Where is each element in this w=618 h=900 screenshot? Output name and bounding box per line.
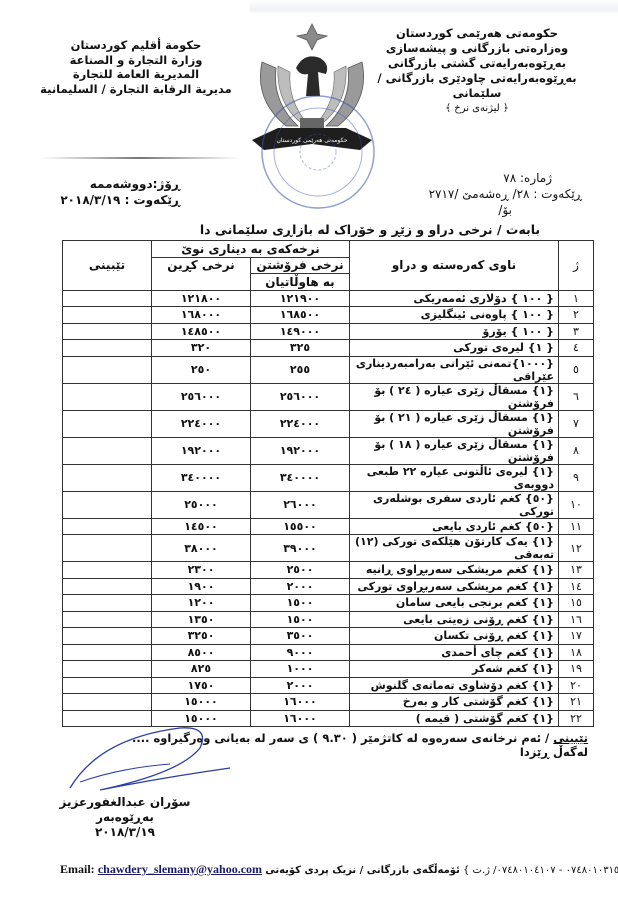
header-sell-sub: بە هاوڵاتیان xyxy=(251,274,350,291)
buy-price: ١٤٨٥٠٠ xyxy=(152,323,251,340)
price-table: ژ ناوی کەرەستە و دراو نرخەکەی بە دیناری … xyxy=(62,240,594,727)
item-name: { ١} لیرەی تورکی xyxy=(350,340,559,357)
row-number: ٤ xyxy=(559,340,594,357)
item-name: {١} کغم برنجی بایعی سامان xyxy=(350,595,559,612)
header-sell-price: نرخی فرۆشتن xyxy=(251,257,350,274)
header-arabic-line-1: حكومة أقليم كوردستان xyxy=(36,38,236,53)
row-number: ٩ xyxy=(559,464,594,491)
header-kurdish-line-1: حکومەتی هەرێمی کوردستان xyxy=(372,26,582,41)
signatory-title: بەڕێوەبەر xyxy=(55,810,195,825)
item-name: {١} کغم مریشکی سەربڕاوی تورکی xyxy=(350,578,559,595)
phone-numbers: { ٠٧٤٨٠١٠٣١٥٣ - ٠٧٤٨٠١٠٤١٠٧/ ژ.ت } xyxy=(463,865,618,876)
header-no: ژ xyxy=(559,241,594,291)
sell-price: ٢٦٠٠٠ xyxy=(251,491,350,518)
table-row: ١٤{١} کغم مریشکی سەربڕاوی تورکی٢٠٠٠١٩٠٠ xyxy=(63,578,594,595)
item-name: {١} لیرەی ئاڵتونی عیارە ٢٢ طبعی دووبەی xyxy=(350,464,559,491)
sell-price: ١٥٠٠ xyxy=(251,595,350,612)
row-note xyxy=(63,694,152,711)
row-note xyxy=(63,611,152,628)
table-row: ١١{٥٠} کغم ئاردی بایعی١٥٥٠٠١٤٥٠٠ xyxy=(63,518,594,535)
row-note xyxy=(63,677,152,694)
signature-date: ٢٠١٨/٣/١٩ xyxy=(55,825,195,840)
row-note xyxy=(63,307,152,324)
table-row: ٢{ ١٠٠ } پاوەنی ئینگلیزی١٦٨٥٠٠١٦٨٠٠٠ xyxy=(63,307,594,324)
row-note xyxy=(63,437,152,464)
table-row: ٩{١} لیرەی ئاڵتونی عیارە ٢٢ طبعی دووبەی٣… xyxy=(63,464,594,491)
header-arabic-line-2: وزارة التجارة و الصناعة xyxy=(36,53,236,68)
signature-block: سۆران عبدالغفورعزیز بەڕێوەبەر ٢٠١٨/٣/١٩ xyxy=(55,795,195,840)
header-kurdish-line-5: ﴿ لیژنەی نرخ ﴾ xyxy=(372,101,582,116)
buy-price: ١٥٠٠٠ xyxy=(152,694,251,711)
row-number: ٧ xyxy=(559,410,594,437)
email-link[interactable]: chawdery_slemany@yahoo.com xyxy=(98,862,262,876)
reference-to: بۆ/ xyxy=(382,202,582,218)
row-number: ١٥ xyxy=(559,595,594,612)
table-row: ١{ ١٠٠ } دۆلاری ئەمەریکی١٢١٩٠٠١٢١٨٠٠ xyxy=(63,290,594,307)
date-block: ڕۆژ:دووشەممە ڕێکەوت : ٢٠١٨/٣/١٩ xyxy=(40,176,180,208)
sell-price: ٢٠٠٠ xyxy=(251,677,350,694)
footer: Email: chawdery_slemany@yahoo.com { ٠٧٤٨… xyxy=(60,862,618,877)
row-number: ٢٢ xyxy=(559,710,594,727)
header-note: تێبینی xyxy=(63,241,152,291)
day-label: ڕۆژ:دووشەممە xyxy=(40,176,180,192)
buy-price: ٨٥٠٠ xyxy=(152,644,251,661)
table-row: ١٥{١} کغم برنجی بایعی سامان١٥٠٠١٢٠٠ xyxy=(63,595,594,612)
buy-price: ٢٥٠ xyxy=(152,356,251,383)
row-number: ٢٠ xyxy=(559,677,594,694)
sell-price: ٩٠٠٠ xyxy=(251,644,350,661)
buy-price: ١٢٠٠ xyxy=(152,595,251,612)
header-kurdish-line-3: بەڕێوەبەرایەتی گشتی بازرگانی xyxy=(372,56,582,71)
sell-price: ١٦٠٠٠ xyxy=(251,710,350,727)
sell-price: ١٥٥٠٠ xyxy=(251,518,350,535)
sell-price: ١٠٠٠ xyxy=(251,661,350,678)
table-row: ١٦{١} کغم ڕۆنی زەیتی بایعی١٥٠٠١٣٥٠ xyxy=(63,611,594,628)
row-number: ١ xyxy=(559,290,594,307)
row-note xyxy=(63,340,152,357)
scan-edge-shadow xyxy=(250,0,618,14)
row-note xyxy=(63,383,152,410)
row-number: ١١ xyxy=(559,518,594,535)
header-arabic-line-4: مديرية الرقابة التجارة / السليمانية xyxy=(36,82,236,97)
reference-number: ژمارە: ٧٨ xyxy=(382,170,582,186)
sell-price: ٢٠٠٠ xyxy=(251,578,350,595)
row-note xyxy=(63,491,152,518)
row-number: ١٠ xyxy=(559,491,594,518)
buy-price: ٣٨٠٠٠ xyxy=(152,535,251,562)
item-name: {١} کغم ڕۆنی تکسان xyxy=(350,628,559,645)
sell-price: ٢٢٤٠٠٠ xyxy=(251,410,350,437)
row-number: ٦ xyxy=(559,383,594,410)
buy-price: ١٢١٨٠٠ xyxy=(152,290,251,307)
row-note xyxy=(63,535,152,562)
table-row: ١٧{١} کغم ڕۆنی تکسان٣٥٠٠٣٢٥٠ xyxy=(63,628,594,645)
row-number: ١٧ xyxy=(559,628,594,645)
header-buy-price: نرخی کڕین xyxy=(152,257,251,290)
sell-price: ٣٩٠٠٠ xyxy=(251,535,350,562)
sell-price: ١٤٩٠٠٠ xyxy=(251,323,350,340)
table-row: ٤{ ١} لیرەی تورکی٣٢٥٣٢٠ xyxy=(63,340,594,357)
buy-price: ١٣٥٠ xyxy=(152,611,251,628)
item-name: { ١٠٠ } یۆرۆ xyxy=(350,323,559,340)
item-name: {١} مسقاڵ زێری عیارە ( ٢١ ) بۆ فرۆشتن xyxy=(350,410,559,437)
buy-price: ٢٣٠٠ xyxy=(152,562,251,579)
header-kurdish-line-2: وەزارەتی بازرگانی و پیشەسازی xyxy=(372,41,582,56)
footnote-label: تێبینی xyxy=(553,731,588,745)
buy-price: ٢٥٠٠٠ xyxy=(152,491,251,518)
item-name: {١} کغم دۆشاوی تەماتەی گلنوش xyxy=(350,677,559,694)
row-note xyxy=(63,628,152,645)
item-name: {١} کغم شەکر xyxy=(350,661,559,678)
item-name: {١} کغم ڕۆنی زەیتی بایعی xyxy=(350,611,559,628)
signatory-name: سۆران عبدالغفورعزیز xyxy=(55,795,195,810)
sell-price: ١٦٠٠٠ xyxy=(251,694,350,711)
row-number: ٢ xyxy=(559,307,594,324)
address: ئۆمەڵگەی بازرگانی / نزیک پردی کۆیەتی xyxy=(265,865,460,876)
header-price-group: نرخەکەی بە دیناری نوێ xyxy=(152,241,350,258)
gregorian-date: ڕێکەوت : ٢٠١٨/٣/١٩ xyxy=(40,192,180,208)
table-row: ١٨{١} کغم چای أحمدی٩٠٠٠٨٥٠٠ xyxy=(63,644,594,661)
header-item-name: ناوی کەرەستە و دراو xyxy=(350,241,559,291)
table-row: ٨{١} مسقاڵ زێری عیارە ( ١٨ ) بۆ فرۆشتن١٩… xyxy=(63,437,594,464)
row-note xyxy=(63,661,152,678)
row-note xyxy=(63,410,152,437)
item-name: {١} کغم گۆشتی کار و بەرخ xyxy=(350,694,559,711)
item-name: { ١٠٠ } دۆلاری ئەمەریکی xyxy=(350,290,559,307)
row-note xyxy=(63,578,152,595)
item-name: {٥٠} کغم ئاردی بایعی xyxy=(350,518,559,535)
item-name: {١} مسقاڵ زێری عیارە ( ٢٤ ) بۆ فرۆشتن xyxy=(350,383,559,410)
buy-price: ١٤٥٠٠ xyxy=(152,518,251,535)
row-number: ٥ xyxy=(559,356,594,383)
official-stamp-icon xyxy=(258,92,378,212)
buy-price: ١٦٨٠٠٠ xyxy=(152,307,251,324)
header-kurdish: حکومەتی هەرێمی کوردستان وەزارەتی بازرگان… xyxy=(372,26,582,116)
row-note xyxy=(63,644,152,661)
email-label: Email: xyxy=(60,862,95,876)
item-name: {١} کغم گۆشتی ( قیمە ) xyxy=(350,710,559,727)
row-note xyxy=(63,464,152,491)
table-row: ١٠{٥٠} کغم ئاردی سفری بوشلەری تورکی٢٦٠٠٠… xyxy=(63,491,594,518)
table-row: ١٣{١} کغم مریشکی سەربڕاوی ڕانیە٢٥٠٠٢٣٠٠ xyxy=(63,562,594,579)
row-note xyxy=(63,323,152,340)
row-note xyxy=(63,290,152,307)
header-kurdish-line-4: بەڕێوەبەرایەتی چاودێری بازرگانی / سلێمان… xyxy=(372,71,582,101)
table-row: ٥{١٠٠٠}تمەنی ئێرانی بەرامبەردیناری عێراق… xyxy=(63,356,594,383)
sell-price: ٢٥٠٠ xyxy=(251,562,350,579)
row-note xyxy=(63,518,152,535)
row-number: ١٩ xyxy=(559,661,594,678)
sell-price: ١٦٨٥٠٠ xyxy=(251,307,350,324)
item-name: { ١٠٠ } پاوەنی ئینگلیزی xyxy=(350,307,559,324)
reference-block: ژمارە: ٧٨ ڕێکەوت : ٢٨/ ڕەشەمێ /٢٧١٧ بۆ/ xyxy=(382,170,582,218)
sell-price: ٢٥٦٠٠٠ xyxy=(251,383,350,410)
table-row: ٢١{١} کغم گۆشتی کار و بەرخ١٦٠٠٠١٥٠٠٠ xyxy=(63,694,594,711)
table-row: ٦{١} مسقاڵ زێری عیارە ( ٢٤ ) بۆ فرۆشتن٢٥… xyxy=(63,383,594,410)
item-name: {١٠٠٠}تمەنی ئێرانی بەرامبەردیناری عێراقی xyxy=(350,356,559,383)
row-note xyxy=(63,562,152,579)
sell-price: ١٩٢٠٠٠ xyxy=(251,437,350,464)
row-number: ١٤ xyxy=(559,578,594,595)
table-row: ١٢{١} یەک کارتۆن هێلکەی تورکی (١٢) تەبەق… xyxy=(63,535,594,562)
item-name: {١} مسقاڵ زێری عیارە ( ١٨ ) بۆ فرۆشتن xyxy=(350,437,559,464)
buy-price: ١٧٥٠ xyxy=(152,677,251,694)
row-number: ١٢ xyxy=(559,535,594,562)
signature-scribble-icon xyxy=(60,718,250,798)
row-number: ١٨ xyxy=(559,644,594,661)
sell-price: ١٥٠٠ xyxy=(251,611,350,628)
row-number: ٣ xyxy=(559,323,594,340)
buy-price: ٢٥٦٠٠٠ xyxy=(152,383,251,410)
sell-price: ٢٥٥ xyxy=(251,356,350,383)
sell-price: ٣٢٥ xyxy=(251,340,350,357)
reference-date: ڕێکەوت : ٢٨/ ڕەشەمێ /٢٧١٧ xyxy=(382,186,582,202)
header-arabic-line-3: المديرية العامة للتجارة xyxy=(36,67,236,82)
table-row: ١٩{١} کغم شەکر١٠٠٠٨٢٥ xyxy=(63,661,594,678)
sell-price: ٣٤٠٠٠٠ xyxy=(251,464,350,491)
buy-price: ٣٤٠٠٠٠ xyxy=(152,464,251,491)
row-number: ١٣ xyxy=(559,562,594,579)
sell-price: ٣٥٠٠ xyxy=(251,628,350,645)
subject-line: بابەت / نرخی دراو و زێڕ و خۆراک لە بازاڕ… xyxy=(150,222,590,237)
row-number: ٢١ xyxy=(559,694,594,711)
row-note xyxy=(63,356,152,383)
sell-price: ١٢١٩٠٠ xyxy=(251,290,350,307)
item-name: {٥٠} کغم ئاردی سفری بوشلەری تورکی xyxy=(350,491,559,518)
buy-price: ٣٢٥٠ xyxy=(152,628,251,645)
table-row: ٣{ ١٠٠ } یۆرۆ١٤٩٠٠٠١٤٨٥٠٠ xyxy=(63,323,594,340)
table-row: ٧{١} مسقاڵ زێری عیارە ( ٢١ ) بۆ فرۆشتن٢٢… xyxy=(63,410,594,437)
buy-price: ٨٢٥ xyxy=(152,661,251,678)
buy-price: ١٩٢٠٠٠ xyxy=(152,437,251,464)
row-note xyxy=(63,595,152,612)
header-arabic: حكومة أقليم كوردستان وزارة التجارة و الص… xyxy=(36,38,236,96)
buy-price: ٢٢٤٠٠٠ xyxy=(152,410,251,437)
table-row: ٢٠{١} کغم دۆشاوی تەماتەی گلنوش٢٠٠٠١٧٥٠ xyxy=(63,677,594,694)
buy-price: ٣٢٠ xyxy=(152,340,251,357)
row-number: ٨ xyxy=(559,437,594,464)
buy-price: ١٩٠٠ xyxy=(152,578,251,595)
header-divider xyxy=(40,157,240,159)
item-name: {١} یەک کارتۆن هێلکەی تورکی (١٢) تەبەقی xyxy=(350,535,559,562)
row-number: ١٦ xyxy=(559,611,594,628)
item-name: {١} کغم مریشکی سەربڕاوی ڕانیە xyxy=(350,562,559,579)
item-name: {١} کغم چای أحمدی xyxy=(350,644,559,661)
